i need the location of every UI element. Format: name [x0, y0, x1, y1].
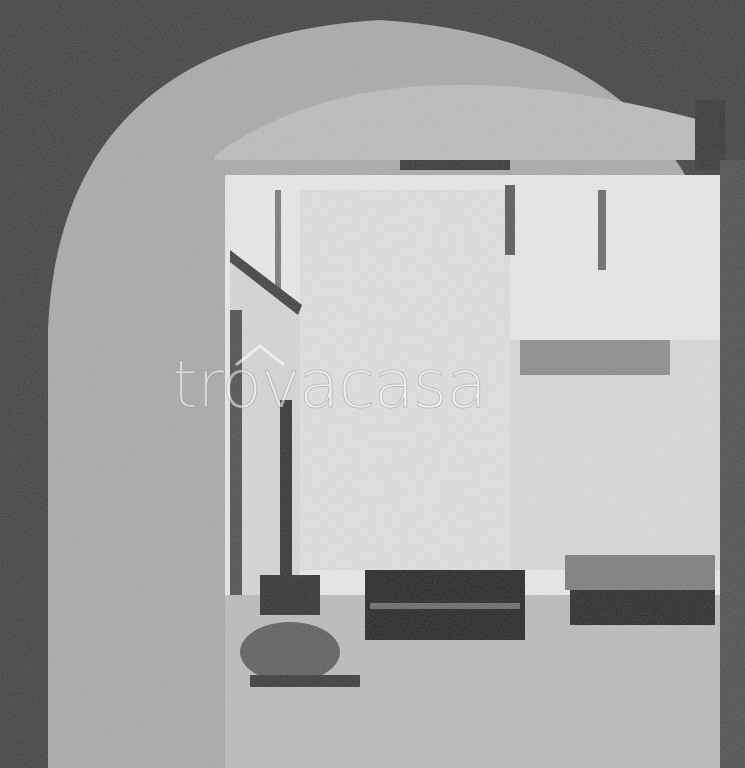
house-roof-icon: [232, 343, 288, 367]
listing-photo: trovacasa: [0, 0, 745, 768]
courtyard-scene: [0, 0, 745, 768]
